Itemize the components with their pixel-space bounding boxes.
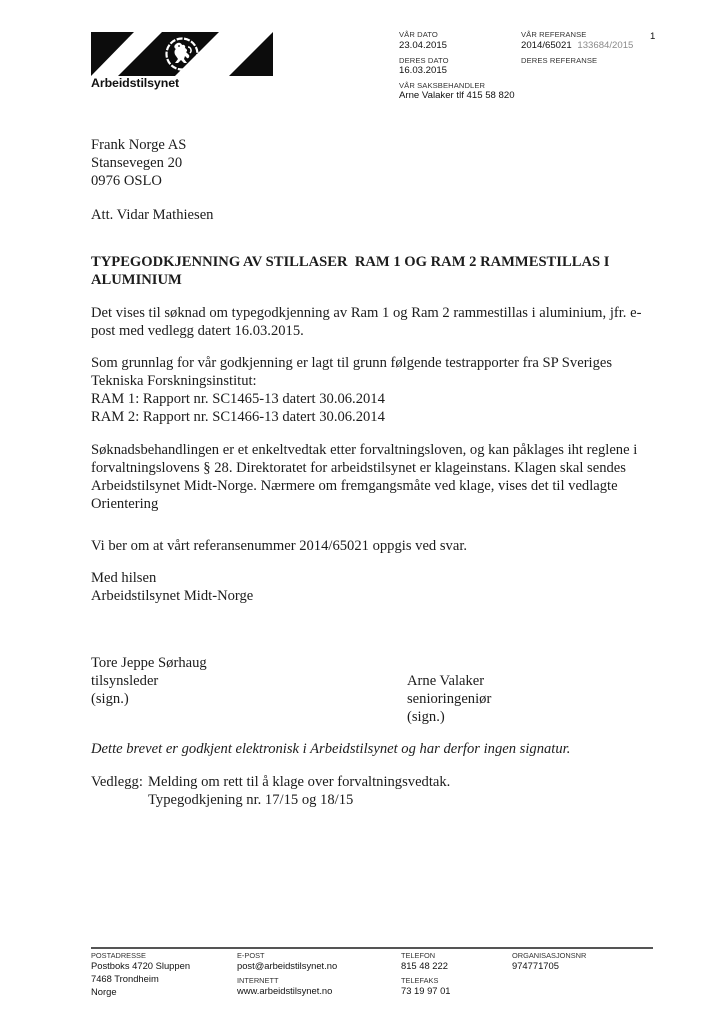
footer-postal-address: POSTADRESSE Postboks 4720 Sluppen 7468 T… [91, 951, 190, 998]
attachments-label: Vedlegg: [91, 773, 143, 791]
footer-postal-label: POSTADRESSE [91, 951, 190, 960]
your-reference-label: DERES REFERANSE [521, 56, 597, 65]
attachments-list: Melding om rett til å klage over forvalt… [148, 773, 450, 809]
case-officer-label: VÅR SAKSBEHANDLER [399, 81, 485, 90]
signatory-title: tilsynsleder [91, 672, 207, 690]
footer-phone-label: TELEFON [401, 951, 448, 960]
logo: Arbeidstilsynet [91, 30, 273, 78]
recipient-address: Frank Norge AS Stansevegen 20 0976 OSLO [91, 136, 186, 190]
report-ram1: RAM 1: Rapport nr. SC1465-13 datert 30.0… [91, 390, 612, 408]
letter-title-line: ALUMINIUM [91, 271, 609, 289]
our-reference-secondary: 133684/2015 [577, 40, 633, 51]
footer-internet-label: INTERNETT [237, 976, 332, 985]
footer-email-label: E-POST [237, 951, 337, 960]
paragraph-line: Tekniska Forskningsinstitut: [91, 372, 612, 390]
footer-email: E-POST post@arbeidstilsynet.no [237, 951, 337, 972]
footer-internet: INTERNETT www.arbeidstilsynet.no [237, 976, 332, 997]
paragraph-appeal: Søknadsbehandlingen er et enkeltvedtak e… [91, 441, 637, 513]
footer-postal-line: 7468 Trondheim [91, 973, 190, 985]
our-reference-label: VÅR REFERANSE [521, 30, 586, 39]
paragraph-line: Orientering [91, 495, 637, 513]
footer-phone-value: 815 48 222 [401, 960, 448, 972]
case-officer-value: Arne Valaker tlf 415 58 820 [399, 90, 515, 101]
our-date-label: VÅR DATO [399, 30, 438, 39]
footer-website-link[interactable]: www.arbeidstilsynet.no [237, 985, 332, 997]
footer-fax-value: 73 19 97 01 [401, 985, 451, 997]
organization-logo-name: Arbeidstilsynet [91, 76, 179, 90]
closing-greeting: Med hilsen [91, 569, 253, 587]
signatory-left: Tore Jeppe Sørhaug tilsynsleder (sign.) [91, 654, 207, 708]
closing-organization: Arbeidstilsynet Midt-Norge [91, 587, 253, 605]
our-reference-value: 2014/65021 133684/2015 [521, 40, 633, 51]
paragraph-line: Arbeidstilsynet Midt-Norge. Nærmere om f… [91, 477, 637, 495]
signatory-name: Arne Valaker [407, 672, 491, 690]
paragraph-application: Det vises til søknad om typegodkjenning … [91, 304, 641, 340]
recipient-attention: Att. Vidar Mathiesen [91, 206, 213, 224]
page-number: 1 [650, 31, 655, 42]
signatory-sign: (sign.) [91, 690, 207, 708]
paragraph-line: Det vises til søknad om typegodkjenning … [91, 304, 641, 322]
paragraph-line: post med vedlegg datert 16.03.2015. [91, 322, 641, 340]
letter-title: TYPEGODKJENNING AV STILLASER RAM 1 OG RA… [91, 253, 609, 289]
recipient-street: Stansevegen 20 [91, 154, 186, 172]
lion-emblem-icon [163, 35, 201, 73]
report-ram2: RAM 2: Rapport nr. SC1466-13 datert 30.0… [91, 408, 612, 426]
footer-org-number: ORGANISASJONSNR 974771705 [512, 951, 586, 972]
letter-title-line: TYPEGODKJENNING AV STILLASER RAM 1 OG RA… [91, 253, 609, 271]
paragraph-test-reports: Som grunnlag for vår godkjenning er lagt… [91, 354, 612, 426]
electronic-approval-note: Dette brevet er godkjent elektronisk i A… [91, 740, 570, 758]
footer-phone: TELEFON 815 48 222 [401, 951, 448, 972]
paragraph-line: Søknadsbehandlingen er et enkeltvedtak e… [91, 441, 637, 459]
signatory-name: Tore Jeppe Sørhaug [91, 654, 207, 672]
footer-fax: TELEFAKS 73 19 97 01 [401, 976, 451, 997]
paragraph-line: Som grunnlag for vår godkjenning er lagt… [91, 354, 612, 372]
signatory-sign: (sign.) [407, 708, 491, 726]
footer-org-label: ORGANISASJONSNR [512, 951, 586, 960]
recipient-postal: 0976 OSLO [91, 172, 186, 190]
paragraph-line: forvaltningslovens § 28. Direktoratet fo… [91, 459, 637, 477]
footer-postal-line: Norge [91, 986, 190, 998]
our-reference-number: 2014/65021 [521, 40, 572, 51]
attachment-item: Melding om rett til å klage over forvalt… [148, 773, 450, 791]
our-date-value: 23.04.2015 [399, 40, 447, 51]
footer-divider [91, 947, 653, 949]
your-date-label: DERES DATO [399, 56, 449, 65]
signatory-title: senioringeniør [407, 690, 491, 708]
footer-org-value: 974771705 [512, 960, 586, 972]
recipient-company: Frank Norge AS [91, 136, 186, 154]
footer-postal-line: Postboks 4720 Sluppen [91, 960, 190, 972]
closing: Med hilsen Arbeidstilsynet Midt-Norge [91, 569, 253, 605]
footer-email-link[interactable]: post@arbeidstilsynet.no [237, 960, 337, 972]
attachment-item: Typegodkjening nr. 17/15 og 18/15 [148, 791, 450, 809]
your-date-value: 16.03.2015 [399, 65, 447, 76]
reference-request: Vi ber om at vårt referansenummer 2014/6… [91, 537, 467, 555]
footer-fax-label: TELEFAKS [401, 976, 451, 985]
signatory-right: Arne Valaker senioringeniør (sign.) [407, 672, 491, 726]
